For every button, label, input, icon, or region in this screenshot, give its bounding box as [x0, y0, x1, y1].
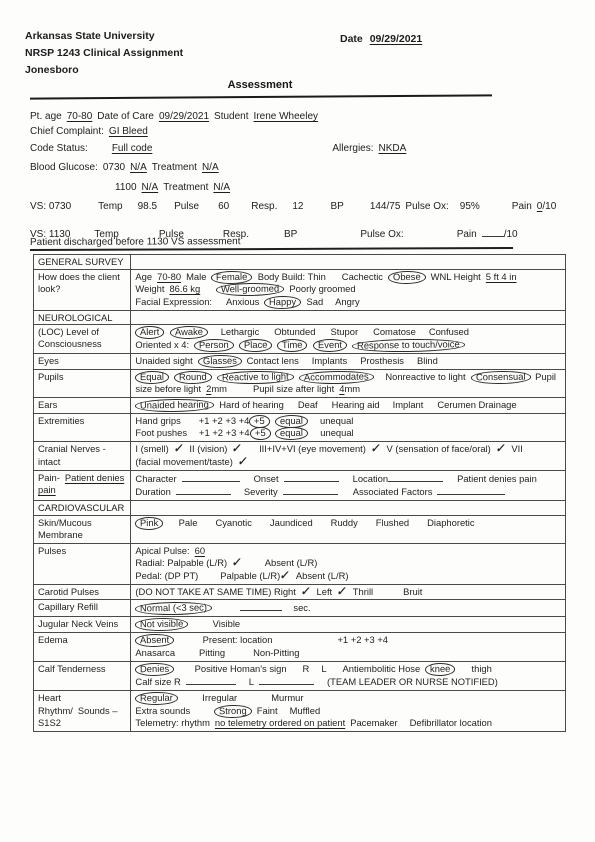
row-label: Pain-Patient denies pain	[34, 470, 131, 500]
content-line: Unaided hearingHard of hearingDeafHearin…	[135, 399, 561, 412]
form-text: Antiembolitic Hose	[343, 663, 421, 674]
page-title: Assessment	[30, 79, 490, 91]
row-content: Unaided sightGlassesContact lensImplants…	[131, 353, 566, 369]
form-text: Comatose	[373, 326, 416, 337]
content-line: Foot pushes+1 +2 +3 +4+5equalunequal	[135, 427, 561, 440]
table-row: PupilsEqualRoundReactive to lightAccommo…	[34, 369, 566, 397]
circled-option: Consensual	[471, 370, 531, 383]
campus-name: Jonesboro	[25, 62, 183, 79]
content-line: Not visibleVisible	[135, 618, 561, 631]
filled-value: Full code	[112, 143, 153, 154]
date-label: Date	[340, 33, 363, 45]
circled-option: Awake	[170, 326, 208, 339]
blank-line	[186, 675, 236, 685]
form-text: Anasarca	[135, 647, 175, 658]
form-text: Calf Tenderness	[38, 663, 106, 674]
form-text: Capillary Refill	[38, 601, 98, 612]
form-text: Hand grips	[135, 415, 180, 426]
form-text: Skin/Mucous Membrane	[38, 517, 92, 540]
form-text: Calf size R	[135, 676, 180, 687]
form-text: Allergies:	[332, 143, 373, 154]
table-row: (LOC) Level of ConsciousnessAlertAwakeLe…	[34, 325, 566, 354]
form-text: Age	[135, 271, 152, 282]
row-content: AlertAwakeLethargicObtundedStuporComatos…	[131, 325, 566, 354]
section-row: CARDIOVASCULAR	[34, 501, 566, 516]
letterhead: Arkansas State University NRSP 1243 Clin…	[25, 28, 183, 79]
row-label: Jugular Neck Veins	[34, 617, 131, 633]
date-line: Date 09/29/2021	[340, 33, 422, 45]
checkmark-icon: ✓	[279, 569, 291, 582]
circled-option: Place	[239, 338, 273, 351]
form-text: Unaided sight	[135, 355, 192, 366]
blank-line	[283, 485, 338, 495]
content-line: size before light2mmPupil size after lig…	[135, 383, 561, 395]
form-text: Poorly groomed	[289, 283, 355, 294]
circled-option: equal	[275, 415, 308, 428]
circled-option: Response to touch/voice	[352, 338, 465, 352]
circled-option: Round	[174, 370, 212, 383]
content-line: Age70-80MaleFemaleBody Build: ThinCachec…	[135, 271, 561, 284]
table-row: ExtremitiesHand grips+1 +2 +3 +4+5equalu…	[34, 413, 566, 442]
form-text: L	[249, 676, 254, 687]
table-row: Pain-Patient denies painCharacterOnsetLo…	[34, 470, 566, 500]
form-text: 60	[218, 201, 229, 212]
form-text: Stupor	[330, 326, 358, 337]
circled-option: +5	[249, 415, 270, 428]
form-text: Bruit	[403, 586, 422, 597]
form-text: Weight	[135, 283, 164, 294]
form-text: Treatment	[163, 182, 208, 193]
content-line: Telemetry: rhythmno telemetry ordered on…	[135, 717, 561, 729]
vitals-line: VS: 0730Temp98.5Pulse60Resp.12BP144/75Pu…	[30, 201, 561, 212]
form-text: Patient denies pain	[457, 473, 537, 484]
form-text: thigh	[472, 663, 492, 674]
circled-option: Unaided hearing	[135, 398, 214, 412]
form-text: Pupil	[535, 371, 556, 382]
form-text: Angry	[335, 296, 360, 307]
form-text: Defibrillator location	[410, 717, 492, 728]
row-label: Heart Rhythm/Sounds – S1S2	[34, 691, 131, 732]
title-rule	[30, 94, 492, 99]
section-row: NEUROLOGICAL	[34, 310, 566, 325]
form-text: Apical Pulse:	[135, 545, 189, 556]
section-empty-cell	[131, 310, 566, 325]
form-text: Deaf	[298, 399, 318, 410]
table-row: Calf TendernessDeniesPositive Homan's si…	[34, 661, 566, 690]
filled-value: 70-80	[157, 271, 181, 282]
section-label: GENERAL SURVEY	[34, 255, 131, 270]
row-content: AbsentPresent: location+1 +2 +3 +4Anasar…	[131, 633, 566, 661]
circled-option: Absent	[135, 634, 174, 647]
table-row: EarsUnaided hearingHard of hearingDeafHe…	[34, 397, 566, 413]
form-text: Pale	[179, 517, 198, 528]
form-text: 12	[292, 201, 303, 212]
info-line: 1100N/ATreatmentN/A	[115, 182, 235, 193]
form-text: Present: location	[203, 634, 273, 645]
content-line: Unaided sightGlassesContact lensImplants…	[135, 355, 561, 368]
form-text: (facial movement/taste)	[135, 456, 232, 467]
section-row: GENERAL SURVEY	[34, 255, 566, 270]
form-text: Extremities	[38, 415, 84, 426]
form-text: Hard of hearing	[219, 399, 284, 410]
content-line: Weight86.6 kgWell-groomedPoorly groomed	[135, 283, 561, 296]
form-text: Contact lens	[247, 355, 299, 366]
blank-line	[259, 675, 314, 685]
content-line: DurationSeverityAssociated Factors	[135, 485, 561, 498]
form-text: III+IV+VI (eye movement)	[259, 443, 366, 454]
form-text: Pain-	[38, 472, 60, 483]
circled-option: Normal (<3 sec)	[135, 602, 212, 616]
checkmark-icon: ✓	[231, 443, 243, 456]
filled-value: N/A	[213, 182, 230, 193]
form-text: Pitting	[199, 647, 225, 658]
form-text: Implants	[312, 355, 347, 366]
form-text: L	[321, 663, 326, 674]
checkmark-icon: ✓	[237, 455, 249, 468]
content-line: Extra soundsStrongFaintMuffled	[135, 705, 561, 718]
form-text: Blood Glucose:	[30, 162, 98, 173]
table-row: Cranial Nerves - intactI (smell)✓II (vis…	[34, 442, 566, 470]
form-text: Diaphoretic	[427, 517, 474, 528]
circled-option: Obese	[388, 270, 426, 283]
form-text: Flushed	[376, 517, 409, 528]
info-line: Code Status:Full codeAllergies:NKDA	[30, 143, 411, 154]
row-content: Hand grips+1 +2 +3 +4+5equalunequalFoot …	[131, 413, 566, 442]
section-empty-cell	[131, 255, 566, 270]
form-text: unequal	[320, 415, 353, 426]
assessment-table: GENERAL SURVEYHow does the client look?A…	[33, 254, 566, 732]
date-value: 09/29/2021	[370, 33, 423, 45]
table-row: Jugular Neck VeinsNot visibleVisible	[34, 617, 566, 633]
form-text: V (sensation of face/oral)	[387, 443, 491, 454]
table-row: EyesUnaided sightGlassesContact lensImpl…	[34, 353, 566, 369]
form-text: Implant	[393, 399, 424, 410]
checkmark-icon: ✓	[495, 443, 507, 456]
form-text: Lethargic	[221, 326, 260, 337]
form-text: Pupils	[38, 371, 64, 382]
circled-option: Strong	[214, 705, 252, 718]
form-text: Pulse	[174, 201, 199, 212]
form-text: Pulses	[38, 545, 66, 556]
form-text: Telemetry: rhythm	[135, 717, 210, 728]
filled-value: 70-80	[67, 111, 93, 122]
form-text: Treatment	[152, 162, 197, 173]
form-text: Ruddy	[331, 517, 358, 528]
content-line: Pedal: (DP PT)Palpable (L/R)✓Absent (L/R…	[135, 570, 561, 582]
content-line: (facial movement/taste)✓	[135, 456, 561, 468]
filled-value: N/A	[202, 162, 219, 173]
form-text: Absent (L/R)	[265, 557, 318, 568]
row-content: Age70-80MaleFemaleBody Build: ThinCachec…	[131, 269, 566, 310]
filled-value: 60	[195, 545, 205, 556]
content-line: DeniesPositive Homan's signRLAntiembolit…	[135, 663, 561, 676]
row-content: DeniesPositive Homan's signRLAntiembolit…	[131, 661, 566, 690]
row-label: How does the client look?	[34, 269, 131, 310]
circled-option: Regular	[135, 692, 178, 705]
form-text: Extra sounds	[135, 705, 190, 716]
content-line: Hand grips+1 +2 +3 +4+5equalunequal	[135, 415, 561, 428]
form-text: Onset	[254, 473, 279, 484]
form-text: Duration	[135, 486, 170, 497]
row-content: Apical Pulse:60Radial: Palpable (L/R)✓Ab…	[131, 543, 566, 584]
form-text: Ears	[38, 399, 57, 410]
row-content: Normal (<3 sec)sec.	[131, 600, 566, 617]
form-text: Hearing aid	[332, 399, 380, 410]
form-text: Thrill	[353, 586, 373, 597]
form-text: /10	[542, 201, 556, 212]
table-row: Skin/Mucous MembranePinkPaleCyanoticJaun…	[34, 515, 566, 543]
form-text: VS: 0730	[30, 201, 71, 212]
university-name: Arkansas State University	[25, 28, 183, 45]
row-label: Calf Tenderness	[34, 661, 131, 690]
form-text: sec.	[293, 602, 310, 613]
row-content: RegularIrregularMurmurExtra soundsStrong…	[131, 691, 566, 732]
row-content: EqualRoundReactive to lightAccommodatesN…	[131, 369, 566, 397]
circled-option: Equal	[135, 370, 169, 383]
row-label: Pulses	[34, 543, 131, 584]
form-text: +1 +2 +3 +4	[199, 427, 250, 438]
form-text: Positive Homan's sign	[195, 663, 287, 674]
form-text: Irregular	[202, 692, 237, 703]
form-text: Non-Pitting	[253, 647, 299, 658]
course-name: NRSP 1243 Clinical Assignment	[25, 45, 183, 62]
content-line: I (smell)✓II (vision)✓III+IV+VI (eye mov…	[135, 443, 561, 455]
form-text: Absent (L/R)	[296, 570, 349, 581]
row-content: Not visibleVisible	[131, 617, 566, 633]
filled-value: 09/29/2021	[159, 111, 209, 122]
blank-line	[176, 485, 231, 495]
form-text: Character	[135, 473, 176, 484]
row-label: Ears	[34, 397, 131, 413]
form-text: Pedal: (DP PT)	[135, 570, 198, 581]
content-line: PinkPaleCyanoticJaundicedRuddyFlushedDia…	[135, 517, 561, 530]
row-content: I (smell)✓II (vision)✓III+IV+VI (eye mov…	[131, 442, 566, 470]
row-label: Extremities	[34, 413, 131, 442]
form-text: Jugular Neck Veins	[38, 618, 118, 629]
content-line: Oriented x 4:PersonPlaceTimeEventRespons…	[135, 339, 561, 352]
form-text: VII	[511, 443, 522, 454]
section-label: NEUROLOGICAL	[34, 310, 131, 325]
row-label: Eyes	[34, 353, 131, 369]
form-text: (LOC) Level of Consciousness	[38, 326, 102, 349]
circled-option: Not visible	[135, 618, 188, 631]
form-text: (DO NOT TAKE AT SAME TIME) Right	[135, 586, 295, 597]
form-text: Temp	[98, 201, 122, 212]
checkmark-icon: ✓	[173, 443, 185, 456]
row-label: Pupils	[34, 369, 131, 397]
form-text: Pain	[512, 201, 532, 212]
content-line: Calf size RL(TEAM LEADER OR NURSE NOTIFI…	[135, 675, 561, 688]
filled-value: no telemetry ordered on patient	[215, 717, 345, 728]
blank-line	[437, 485, 505, 495]
circled-option: Denies	[135, 663, 174, 676]
form-text: Nonreactive to light	[385, 371, 465, 382]
form-text: Pulse Ox:	[405, 201, 448, 212]
form-text: Obtunded	[274, 326, 315, 337]
info-line: Pt. age70-80Date of Care09/29/2021Studen…	[30, 111, 323, 122]
table-row: PulsesApical Pulse:60Radial: Palpable (L…	[34, 543, 566, 584]
form-text: Associated Factors	[353, 486, 433, 497]
blank-line	[240, 601, 282, 611]
form-text: Code Status:	[30, 143, 88, 154]
row-content: PinkPaleCyanoticJaundicedRuddyFlushedDia…	[131, 515, 566, 543]
form-text: Student	[214, 111, 248, 122]
content-line: Radial: Palpable (L/R)✓Absent (L/R)	[135, 557, 561, 569]
form-text: mm	[211, 383, 227, 394]
form-text: Blind	[417, 355, 438, 366]
form-text: unequal	[320, 427, 353, 438]
circled-option: knee	[425, 663, 456, 676]
table-row: How does the client look?Age70-80MaleFem…	[34, 269, 566, 310]
form-text: Sad	[306, 296, 323, 307]
form-text: Palpable (L/R)	[220, 570, 280, 581]
circled-option: Accommodates	[299, 370, 374, 384]
filled-value: Irene Wheeley	[254, 111, 318, 122]
content-line: (DO NOT TAKE AT SAME TIME) Right✓Left✓Th…	[135, 586, 561, 598]
form-text: 95%	[460, 201, 480, 212]
form-text: 98.5	[138, 201, 157, 212]
circled-option: Female	[211, 270, 252, 283]
circled-option: Glasses	[198, 354, 242, 367]
form-text: Edema	[38, 634, 68, 645]
form-text: Visible	[213, 618, 240, 629]
section-empty-cell	[131, 501, 566, 516]
form-text: Oriented x 4:	[135, 339, 189, 350]
content-line: Apical Pulse:60	[135, 545, 561, 557]
content-line: CharacterOnsetLocationPatient denies pai…	[135, 472, 561, 485]
circled-option: Time	[277, 338, 308, 351]
table-row: Capillary RefillNormal (<3 sec)sec.	[34, 600, 566, 617]
filled-value: GI Bleed	[109, 126, 148, 137]
form-text: Jaundiced	[270, 517, 313, 528]
circled-option: Event	[313, 338, 347, 351]
form-text: Date of Care	[97, 111, 154, 122]
form-text: Cranial Nerves - intact	[38, 443, 106, 466]
form-text: Foot pushes	[135, 427, 187, 438]
circled-option: Person	[194, 338, 234, 351]
filled-value: N/A	[142, 182, 159, 193]
circled-option: Pink	[135, 516, 163, 529]
form-text: size before light	[135, 383, 201, 394]
blank-line	[182, 472, 240, 482]
form-text: +1 +2 +3 +4	[337, 634, 388, 645]
form-text: 144/75	[370, 201, 401, 212]
circled-option: +5	[250, 427, 271, 440]
form-text: WNL Height	[431, 271, 481, 282]
form-text: Body Build: Thin	[258, 271, 326, 282]
content-line: EqualRoundReactive to lightAccommodatesN…	[135, 371, 561, 384]
circled-option: Reactive to light	[217, 370, 294, 384]
form-text: R	[303, 663, 310, 674]
content-line: Normal (<3 sec)sec.	[135, 601, 561, 615]
table-row: EdemaAbsentPresent: location+1 +2 +3 +4A…	[34, 633, 566, 661]
form-text: Male	[186, 271, 206, 282]
form-text: Carotid Pulses	[38, 586, 99, 597]
content-line: RegularIrregularMurmur	[135, 692, 561, 705]
circled-option: equal	[275, 427, 308, 440]
row-label: (LOC) Level of Consciousness	[34, 325, 131, 354]
form-text: 0730	[103, 162, 125, 173]
form-text: (TEAM LEADER OR NURSE NOTIFIED)	[327, 676, 498, 687]
content-line: AlertAwakeLethargicObtundedStuporComatos…	[135, 326, 561, 339]
table-row: Carotid Pulses(DO NOT TAKE AT SAME TIME)…	[34, 584, 566, 600]
form-text: How does the client look?	[38, 271, 120, 294]
content-line: AbsentPresent: location+1 +2 +3 +4	[135, 634, 561, 647]
form-text: 1100	[115, 182, 137, 193]
form-text: Pacemaker	[350, 717, 397, 728]
checkmark-icon: ✓	[300, 585, 312, 598]
form-text: Location	[353, 473, 388, 484]
form-text: Left	[317, 586, 333, 597]
content-line: AnasarcaPittingNon-Pitting	[135, 647, 561, 659]
form-text: II (vision)	[189, 443, 227, 454]
form-text: Resp.	[251, 201, 277, 212]
info-line: Chief Complaint:GI Bleed	[30, 126, 153, 137]
checkmark-icon: ✓	[231, 557, 243, 570]
form-text: Chief Complaint:	[30, 126, 104, 137]
row-label: Edema	[34, 633, 131, 661]
row-label: Cranial Nerves - intact	[34, 442, 131, 470]
filled-value: NKDA	[379, 143, 407, 154]
form-text: I (smell)	[135, 443, 168, 454]
form-text: +1 +2 +3 +4	[199, 415, 250, 426]
info-line: Blood Glucose:0730N/ATreatmentN/A	[30, 162, 224, 173]
form-text: Severity	[244, 486, 278, 497]
filled-value: N/A	[130, 162, 147, 173]
form-text: Muffled	[290, 705, 321, 716]
table-row: Heart Rhythm/Sounds – S1S2RegularIrregul…	[34, 691, 566, 732]
assessment-form-page: Arkansas State University NRSP 1243 Clin…	[0, 0, 595, 842]
form-text: Facial Expression:	[135, 296, 212, 307]
filled-value: 5 ft 4 in	[486, 271, 517, 282]
form-text: Pt. age	[30, 111, 62, 122]
discharge-note: Patient discharged before 1130 VS assess…	[30, 235, 513, 251]
form-text: Heart Rhythm/	[38, 692, 73, 715]
checkmark-icon: ✓	[336, 585, 348, 598]
row-label: Carotid Pulses	[34, 584, 131, 600]
section-label: CARDIOVASCULAR	[34, 501, 131, 516]
row-content: CharacterOnsetLocationPatient denies pai…	[131, 470, 566, 500]
blank-line	[388, 472, 443, 482]
form-text: BP	[330, 201, 343, 212]
form-text: Radial: Palpable (L/R)	[135, 557, 227, 568]
circled-option: Alert	[135, 326, 164, 339]
form-text: Cyanotic	[215, 517, 251, 528]
row-content: (DO NOT TAKE AT SAME TIME) Right✓Left✓Th…	[131, 584, 566, 600]
circled-option: Well-groomed	[216, 283, 284, 296]
form-text: Murmur	[271, 692, 303, 703]
circled-option: Happy	[264, 295, 301, 308]
checkmark-icon: ✓	[370, 443, 382, 456]
form-text: Anxious	[226, 296, 259, 307]
form-text: mm	[344, 383, 360, 394]
filled-value: 86.6 kg	[169, 283, 200, 294]
form-text: Cachectic	[342, 271, 383, 282]
row-content: Unaided hearingHard of hearingDeafHearin…	[131, 397, 566, 413]
form-text: Cerumen Drainage	[437, 399, 516, 410]
form-text: Confused	[429, 326, 469, 337]
form-text: Faint	[257, 705, 278, 716]
blank-line	[284, 472, 339, 482]
form-text: Pupil size after light	[253, 383, 334, 394]
row-label: Skin/Mucous Membrane	[34, 515, 131, 543]
row-label: Capillary Refill	[34, 600, 131, 617]
content-line: Facial Expression:AnxiousHappySadAngry	[135, 296, 561, 309]
form-text: Eyes	[38, 355, 59, 366]
form-text: Prosthesis	[360, 355, 404, 366]
